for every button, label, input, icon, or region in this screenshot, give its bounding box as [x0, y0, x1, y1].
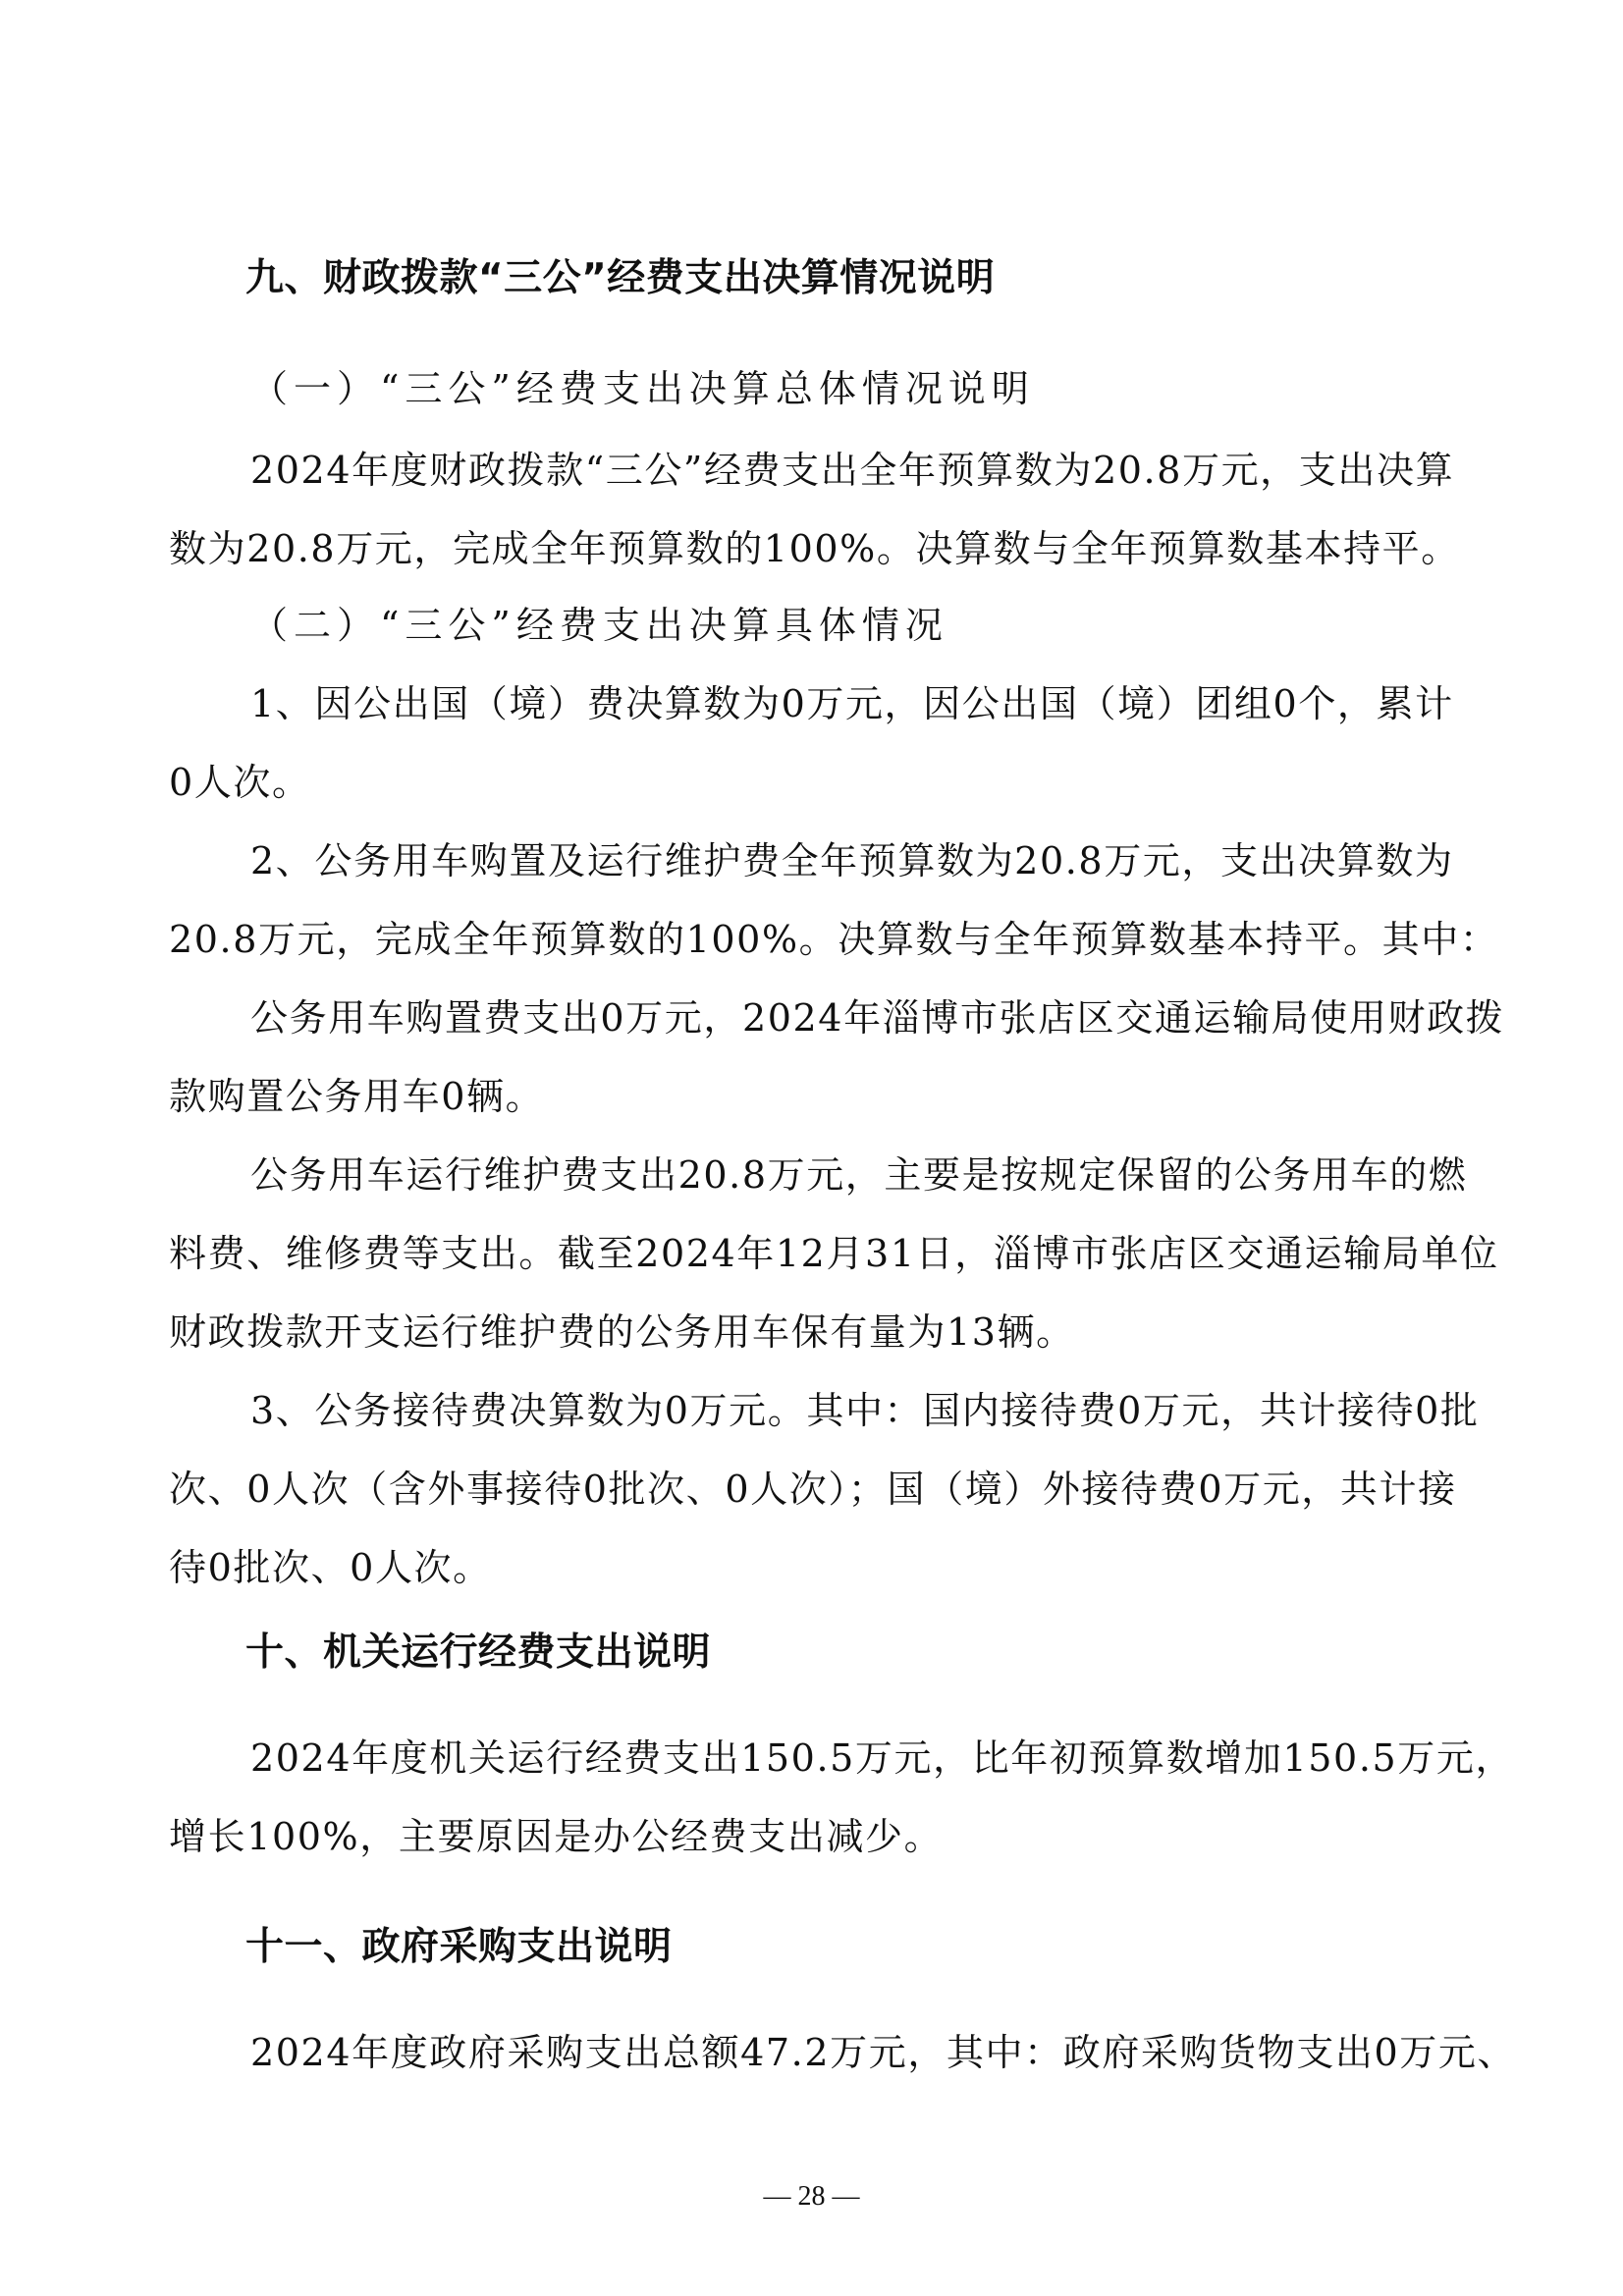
paragraph-line: 料费、维修费等支出。截至2024年12月31日，淄博市张店区交通运输局单位 [169, 1235, 1499, 1272]
paragraph-line: 2024年度机关运行经费支出150.5万元，比年初预算数增加150.5万元， [250, 1739, 1514, 1777]
document-page: 九、财政拨款“三公”经费支出决算情况说明 （一）“三公”经费支出决算总体情况说明… [0, 0, 1623, 2296]
paragraph-line: 2024年度财政拨款“三公”经费支出全年预算数为20.8万元，支出决算 [250, 452, 1454, 489]
paragraph-line: 公务用车购置费支出0万元，2024年淄博市张店区交通运输局使用财政拨 [250, 999, 1504, 1037]
paragraph-line: 20.8万元，完成全年预算数的100%。决算数与全年预算数基本持平。其中： [169, 921, 1498, 958]
section-heading-9: 九、财政拨款“三公”经费支出决算情况说明 [245, 259, 995, 297]
paragraph-line: 2、公务用车购置及运行维护费全年预算数为20.8万元，支出决算数为 [250, 842, 1454, 880]
paragraph-line: 公务用车运行维护费支出20.8万元，主要是按规定保留的公务用车的燃 [250, 1156, 1467, 1194]
paragraph-line: 待0批次、0人次。 [169, 1549, 492, 1586]
paragraph-line: 3、公务接待费决算数为0万元。其中：国内接待费0万元，共计接待0批 [250, 1392, 1480, 1429]
subsection-heading-2: （二）“三公”经费支出决算具体情况 [250, 607, 948, 644]
subsection-heading-1: （一）“三公”经费支出决算总体情况说明 [250, 370, 1035, 407]
paragraph-line: 次、0人次（含外事接待0批次、0人次）；国（境）外接待费0万元，共计接 [169, 1470, 1457, 1508]
paragraph-line: 0人次。 [169, 764, 311, 801]
paragraph-line: 增长100%，主要原因是办公经费支出减少。 [169, 1818, 943, 1855]
page-number: — 28 — [0, 2181, 1623, 2213]
paragraph-line: 款购置公务用车0辆。 [169, 1078, 544, 1115]
paragraph-line: 财政拨款开支运行维护费的公务用车保有量为13辆。 [169, 1313, 1075, 1351]
paragraph-line: 1、因公出国（境）费决算数为0万元，因公出国（境）团组0个，累计 [250, 685, 1454, 722]
section-heading-10: 十、机关运行经费支出说明 [245, 1633, 711, 1672]
paragraph-line: 数为20.8万元，完成全年预算数的100%。决算数与全年预算数基本持平。 [169, 530, 1460, 567]
section-heading-11: 十一、政府采购支出说明 [245, 1928, 673, 1966]
paragraph-line: 2024年度政府采购支出总额47.2万元，其中：政府采购货物支出0万元、 [250, 2034, 1516, 2071]
